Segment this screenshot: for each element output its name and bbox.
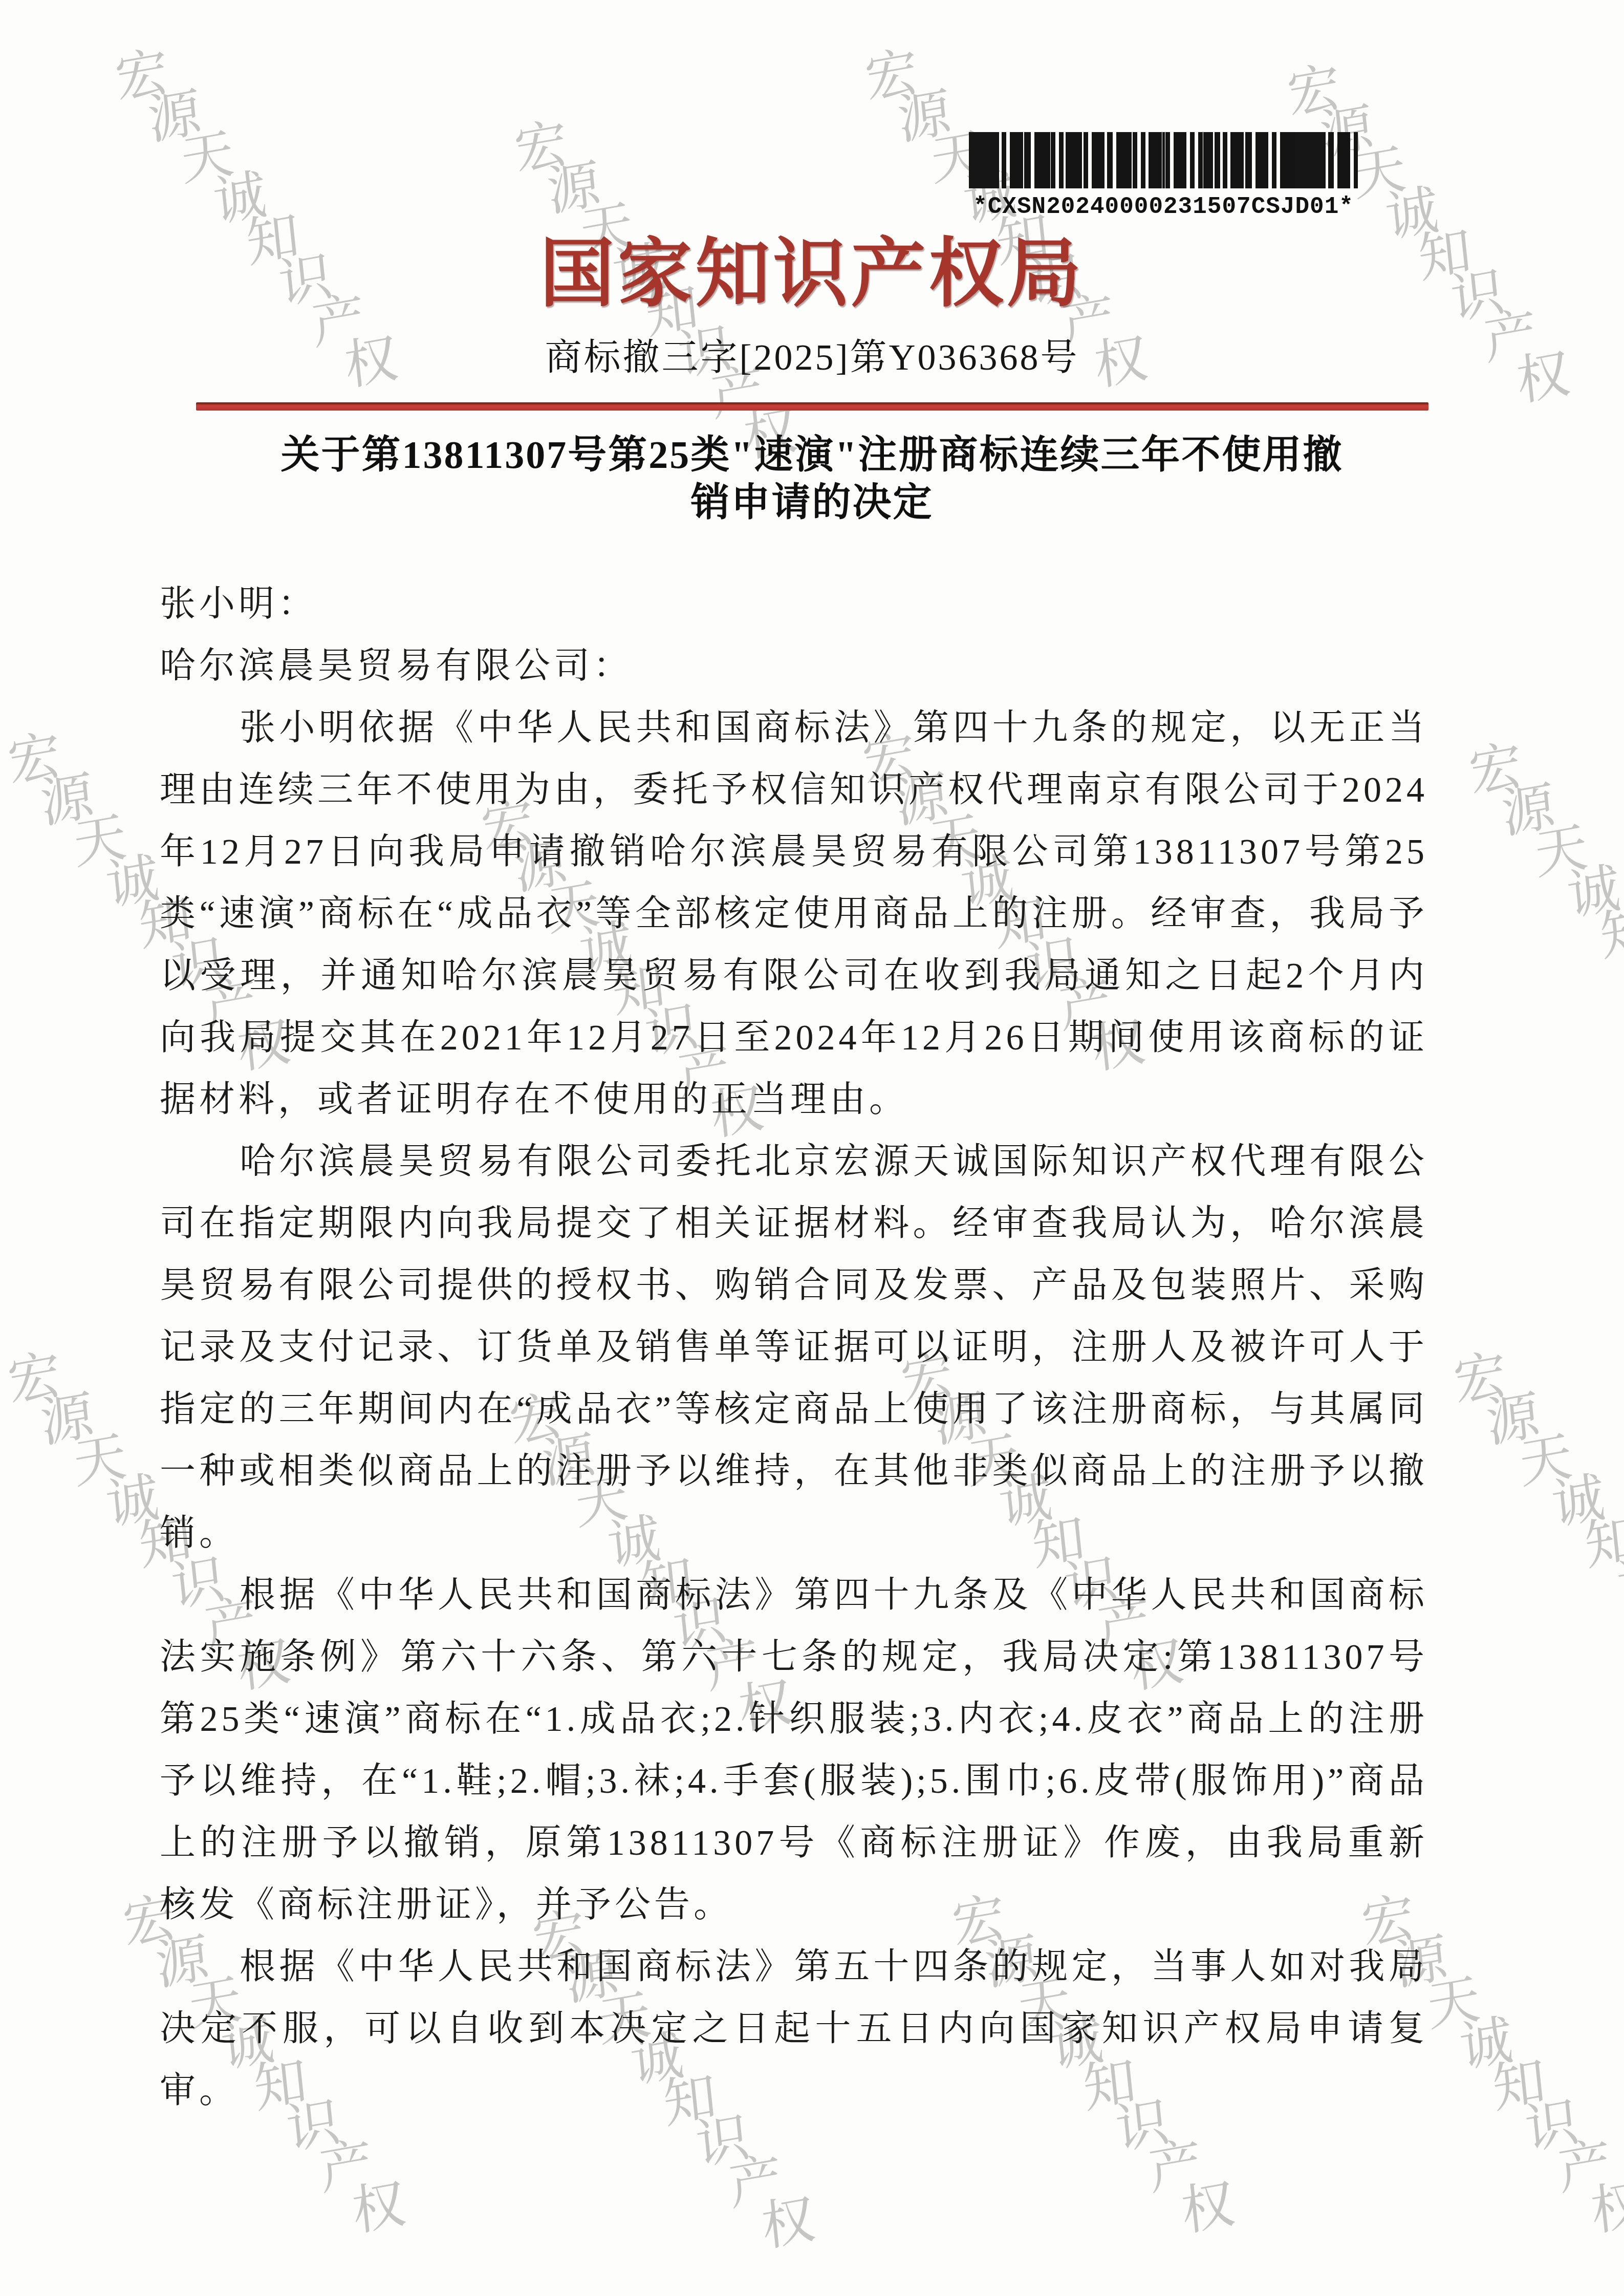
decision-title: 关于第13811307号第25类"速演"注册商标连续三年不使用撤销申请的决定 [0,432,1624,527]
paragraph-evidence: 哈尔滨晨昊贸易有限公司委托北京宏源天诚国际知识产权代理有限公司在指定期限内向我局… [160,1131,1428,1564]
paragraph-review-rights: 根据《中华人民共和国商标法》第五十四条的规定，当事人如对我局决定不服，可以自收到… [160,1936,1428,2122]
decision-title-line2: 销申请的决定 [691,481,934,524]
agency-title: 国家知识产权局 [0,237,1624,311]
document-content: *CXSN20240000231507CSJD01* 国家知识产权局 商标撤三字… [0,0,1624,2296]
paragraph-application: 张小明依据《中华人民共和国商标法》第四十九条的规定，以无正当理由连续三年不使用为… [160,697,1428,1131]
addressee-line: 哈尔滨晨昊贸易有限公司： [160,635,1428,697]
barcode-label: *CXSN20240000231507CSJD01* [969,194,1358,220]
barcode: *CXSN20240000231507CSJD01* [969,132,1358,220]
red-divider-line [196,402,1428,411]
document-body: 张小明： 哈尔滨晨昊贸易有限公司： 张小明依据《中华人民共和国商标法》第四十九条… [160,573,1428,2122]
paragraph-decision: 根据《中华人民共和国商标法》第四十九条及《中华人民共和国商标法实施条例》第六十六… [160,1564,1428,1936]
document-number: 商标撤三字[2025]第Y036368号 [0,339,1624,376]
document-page: 宏源天诚知识产权 宏源天诚知识产权 宏源天诚知识产权 宏源天诚知识产权 宏源天诚… [0,0,1624,2296]
addressee-line: 张小明： [160,573,1428,635]
barcode-bars-image [969,132,1358,188]
decision-title-line1: 关于第13811307号第25类"速演"注册商标连续三年不使用撤 [280,434,1343,477]
